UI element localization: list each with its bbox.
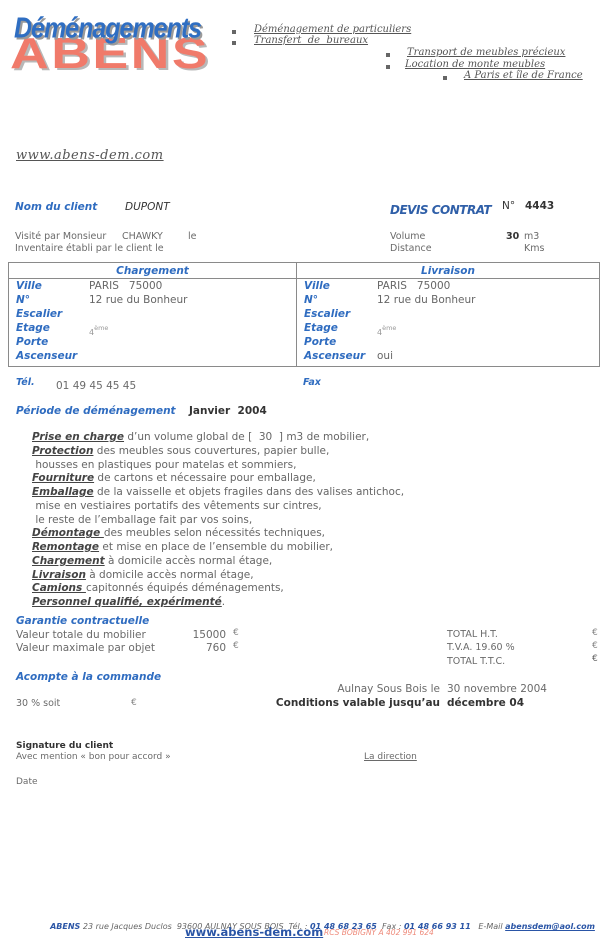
prestation-item: Camions capitonnés équipés déménagements… bbox=[32, 582, 404, 596]
prestation-item: Emballage de la vaisselle et objets frag… bbox=[32, 486, 404, 500]
livraison-header: Livraison bbox=[297, 263, 599, 279]
euro-icon: € bbox=[592, 628, 598, 638]
chargement-row: Porte bbox=[9, 335, 296, 349]
place-label: Aulnay Sous Bois le bbox=[280, 683, 440, 695]
acompte-title: Acompte à la commande bbox=[16, 671, 161, 683]
total-ht-label: TOTAL H.T. bbox=[447, 629, 498, 640]
prestation-item: Protection des meubles sous couvertures,… bbox=[32, 445, 404, 459]
prestation-item: housses en plastiques pour matelas et so… bbox=[32, 459, 404, 473]
chargement-row: N°12 rue du Bonheur bbox=[9, 293, 296, 307]
chargement-column: Chargement VillePARIS 75000N°12 rue du B… bbox=[9, 263, 297, 366]
distance-unit: Kms bbox=[524, 243, 544, 254]
visited-label: Visité par Monsieur bbox=[15, 231, 106, 242]
place-date: 30 novembre 2004 bbox=[447, 683, 547, 695]
field-label: Ville bbox=[16, 279, 42, 293]
livraison-row: VillePARIS 75000 bbox=[297, 279, 599, 293]
footer-website-link[interactable]: www.abens-dem.com bbox=[185, 925, 323, 939]
chargement-row: Etage4ème bbox=[9, 321, 296, 335]
field-label: Ascenseur bbox=[16, 349, 77, 363]
footer-email-link[interactable]: abensdem@aol.com bbox=[505, 922, 595, 931]
prestation-item: Remontage et mise en place de l’ensemble… bbox=[32, 541, 404, 555]
livraison-row: Porte bbox=[297, 335, 599, 349]
tva-label: T.V.A. 19.60 % bbox=[447, 642, 515, 653]
tel-value: 01 49 45 45 45 bbox=[56, 380, 136, 392]
logo-demenagements: Déménagements bbox=[14, 12, 201, 45]
livraison-row: Escalier bbox=[297, 307, 599, 321]
signature-mention: Avec mention « bon pour accord » bbox=[16, 752, 171, 762]
service-item: Déménagement de particuliers bbox=[254, 24, 411, 35]
euro-icon: € bbox=[131, 698, 137, 708]
inventory-label: Inventaire établi par le client le bbox=[15, 243, 164, 254]
periode-value: Janvier 2004 bbox=[189, 405, 267, 417]
field-label: Escalier bbox=[304, 307, 350, 321]
chargement-row: VillePARIS 75000 bbox=[9, 279, 296, 293]
client-name-label: Nom du client bbox=[15, 201, 97, 213]
devis-title: DEVIS CONTRAT bbox=[390, 203, 491, 217]
livraison-row: Ascenseuroui bbox=[297, 349, 599, 363]
field-value: PARIS 75000 bbox=[377, 279, 450, 293]
signature-title: Signature du client bbox=[16, 741, 113, 751]
bullet-icon bbox=[386, 53, 390, 57]
prestation-item: Prise en charge d’un volume global de [ … bbox=[32, 431, 404, 445]
livraison-row: N°12 rue du Bonheur bbox=[297, 293, 599, 307]
visited-by: CHAWKY bbox=[122, 231, 163, 242]
prestations-list: Prise en charge d’un volume global de [ … bbox=[32, 431, 404, 610]
service-item: A Paris et île de France bbox=[464, 70, 583, 81]
field-value: 12 rue du Bonheur bbox=[89, 293, 188, 307]
bullet-icon bbox=[232, 41, 236, 45]
addresses-table: Chargement VillePARIS 75000N°12 rue du B… bbox=[8, 262, 600, 367]
visited-le: le bbox=[188, 231, 196, 242]
livraison-column: Livraison VillePARIS 75000N°12 rue du Bo… bbox=[297, 263, 599, 366]
garantie-row-label: Valeur totale du mobilier bbox=[16, 629, 146, 641]
date-label: Date bbox=[16, 777, 38, 787]
periode-label: Période de déménagement bbox=[16, 405, 176, 417]
volume-label: Volume bbox=[390, 231, 425, 242]
bullet-icon bbox=[443, 76, 447, 80]
service-item: Location de monte meubles bbox=[405, 59, 545, 70]
field-label: N° bbox=[16, 293, 30, 307]
footer-rcs: RCS BOBIGNY A 402 991 624 bbox=[324, 928, 434, 937]
prestation-item: Livraison à domicile accès normal étage, bbox=[32, 569, 404, 583]
devis-number: 4443 bbox=[525, 200, 554, 212]
prestation-item: Personnel qualifié, expérimenté. bbox=[32, 596, 404, 610]
chargement-row: Escalier bbox=[9, 307, 296, 321]
garantie-row-value: 760 bbox=[170, 642, 226, 654]
bullet-icon bbox=[386, 65, 390, 69]
euro-icon: € bbox=[233, 628, 239, 638]
website-link[interactable]: www.abens-dem.com bbox=[16, 148, 164, 163]
distance-label: Distance bbox=[390, 243, 432, 254]
volume-unit: m3 bbox=[524, 231, 539, 242]
field-value: PARIS 75000 bbox=[89, 279, 162, 293]
livraison-row: Etage4ème bbox=[297, 321, 599, 335]
prestation-item: le reste de l’emballage fait par vos soi… bbox=[32, 514, 404, 528]
euro-icon: € bbox=[592, 654, 598, 664]
tel-label: Tél. bbox=[16, 377, 35, 388]
field-label: Porte bbox=[16, 335, 48, 349]
conditions-label: Conditions valable jusqu’au bbox=[270, 697, 440, 709]
field-label: Porte bbox=[304, 335, 336, 349]
service-item: Transport de meubles précieux bbox=[407, 47, 565, 58]
field-value: 12 rue du Bonheur bbox=[377, 293, 476, 307]
garantie-title: Garantie contractuelle bbox=[16, 615, 149, 627]
prestation-item: Fourniture de cartons et nécessaire pour… bbox=[32, 472, 404, 486]
direction-label: La direction bbox=[364, 752, 417, 762]
acompte-text: 30 % soit bbox=[16, 698, 60, 709]
field-label: Ascenseur bbox=[304, 349, 365, 363]
volume-value: 30 bbox=[506, 231, 519, 242]
prestation-item: Démontage des meubles selon nécessités t… bbox=[32, 527, 404, 541]
chargement-row: Ascenseur bbox=[9, 349, 296, 363]
garantie-row-value: 15000 bbox=[170, 629, 226, 641]
devis-number-label: N° bbox=[502, 200, 515, 212]
euro-icon: € bbox=[233, 641, 239, 651]
fax-label: Fax bbox=[303, 377, 321, 388]
euro-icon: € bbox=[592, 641, 598, 651]
client-name: DUPONT bbox=[125, 201, 170, 213]
service-item: Transfert de bureaux bbox=[254, 35, 368, 46]
field-value: oui bbox=[377, 349, 393, 363]
field-label: Escalier bbox=[16, 307, 62, 321]
prestation-item: mise en vestiaires portatifs des vêtemen… bbox=[32, 500, 404, 514]
footer-company: ABENS bbox=[50, 922, 80, 931]
field-label: Etage bbox=[304, 321, 338, 335]
field-label: Etage bbox=[16, 321, 50, 335]
chargement-header: Chargement bbox=[9, 263, 296, 279]
prestation-item: Chargement à domicile accès normal étage… bbox=[32, 555, 404, 569]
conditions-value: décembre 04 bbox=[447, 697, 524, 709]
bullet-icon bbox=[232, 30, 236, 34]
garantie-row-label: Valeur maximale par objet bbox=[16, 642, 155, 654]
total-ttc-label: TOTAL T.T.C. bbox=[447, 656, 505, 667]
field-label: N° bbox=[304, 293, 318, 307]
field-label: Ville bbox=[304, 279, 330, 293]
footer-email-label: E-Mail bbox=[471, 922, 505, 931]
